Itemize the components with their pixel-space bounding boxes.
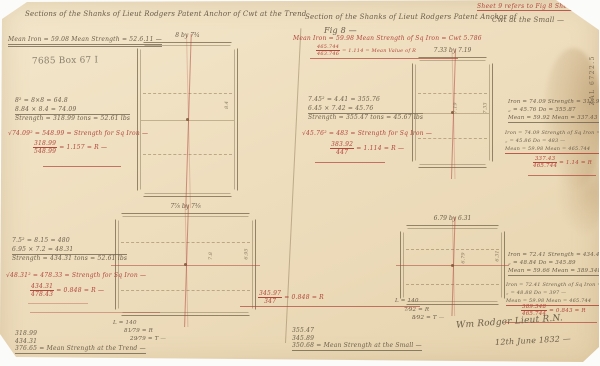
calc-ratio-centre: 345.97347= 0.848 = R: [258, 290, 324, 305]
result-line: Mean = 59.92 Mean = 337.43: [508, 114, 600, 123]
ratio-tail: = 0.848 = R: [284, 294, 324, 301]
result-column-top-black: Iron = 74.09 Strength = 318.99 „ = 45.76…: [508, 98, 600, 123]
total-line: 350.68 = Mean Strength at the Small —: [292, 342, 422, 351]
calc-block-trend-1: 8² = 8×8 = 64.8 8.84 × 8.4 = 74.09 Stren…: [15, 97, 130, 124]
centre-point: [451, 264, 454, 267]
result-ratio-top: 337.43465.744= 1.14 = R: [533, 156, 592, 169]
calc-line: 6.95 × 7.2 = 48.31: [12, 246, 127, 256]
fraction: 434.31478.43: [30, 283, 54, 298]
calc-block-small-1: 7.45² = 4.41 = 355.76 6.45 × 7.42 = 45.7…: [308, 96, 423, 123]
centre-point: [186, 118, 189, 121]
calc-ratio-trend-2: 434.31478.43= 0.848 = R —: [30, 283, 104, 298]
title-small-line1: Section of the Shanks of Lieut Rodgers P…: [305, 13, 517, 21]
result-line: Mean = 59.66 Mean = 389.348: [508, 267, 600, 276]
dimension-label: 8.4: [224, 101, 230, 109]
fraction: 318.99548.99: [33, 140, 57, 155]
calc-red-line-trend-2: √48.31² = 478.33 = Strength for Sq Iron …: [6, 272, 146, 279]
mean-r-ratio: 465.744463.746= 1.114 = Mean Value of R: [316, 44, 416, 57]
length-note: L = 140: [113, 320, 137, 326]
centre-point: [184, 263, 187, 266]
dimension-label: 6.79: [461, 252, 467, 263]
dimension-label: 6.95: [244, 248, 250, 259]
paper-sheet: Sections of the Shanks of Lieut Rodgers …: [0, 0, 600, 366]
total-line: 355.47: [292, 327, 422, 335]
calc-line: 8.84 × 8.4 = 74.09: [15, 106, 130, 116]
result-column-top-red: Iron = 74.09 Strength of Sq Iron = 548.9…: [505, 129, 600, 154]
calc-line: Strength = 318.99 tons = 52.61 lbs: [15, 115, 130, 124]
red-rule: [528, 175, 596, 176]
result-line: „ = 48.88 Do = 397 —: [506, 289, 600, 297]
scanned-manuscript-page: Sections of the Shanks of Lieut Rodgers …: [0, 0, 600, 366]
ratio-tail: = 0.848 = R —: [56, 287, 104, 294]
fraction: 337.43465.744: [533, 156, 557, 169]
length-note: 7⁄92 = R: [404, 307, 429, 313]
result-column-bottom-red: Iron = 72.41 Strength of Sq Iron = 478.8…: [506, 281, 600, 306]
dimension-label: 7.8: [208, 252, 214, 260]
result-line: Iron = 74.09 Strength of Sq Iron = 548.9…: [505, 129, 600, 137]
fraction: 345.97347: [258, 290, 282, 305]
result-line: Iron = 74.09 Strength = 318.99: [508, 98, 600, 106]
ratio-tail: = 1.14 = R: [559, 160, 592, 166]
dimension-label: 6.31: [495, 250, 501, 261]
fraction: 465.744463.746: [316, 44, 340, 57]
sheet-reference-note: Sheet 9 refers to Fig 8 Sheet 12 —: [477, 3, 593, 11]
calc-line: 7.5² = 8.15 = 480: [12, 237, 127, 246]
calc-line: Strength = 355.47 tons = 45.67 lbs: [308, 114, 423, 123]
result-line: Iron = 72.41 Strength = 434.41: [508, 251, 600, 259]
calc-line: 7.45² = 4.41 = 355.76: [308, 96, 423, 105]
result-line: Iron = 72.41 Strength of Sq Iron = 478.8…: [506, 281, 600, 289]
section-dimensions-label: 8 by 7¾: [137, 32, 238, 39]
result-column-bottom-black: Iron = 72.41 Strength = 434.41 „ = 48.84…: [508, 251, 600, 276]
length-note: 8⁄92 = T —: [412, 315, 444, 321]
ratio-tail: = 1.114 = Mean Value of R: [342, 48, 416, 54]
mean-line-small: Mean Iron = 59.98 Mean Strength of Sq Ir…: [293, 35, 482, 42]
title-trend: Sections of the Shanks of Lieut Rodgers …: [25, 10, 307, 18]
length-note: 81⁄79 = R: [124, 328, 153, 334]
length-note: 29⁄79 = T —: [130, 336, 166, 342]
pencil-reference: 7685 Box 67 I: [32, 55, 98, 66]
total-line: 376.65 = Mean Strength at the Trend —: [15, 345, 146, 354]
section-figure-trend-1: 8 by 7¾ 8.4: [137, 42, 238, 197]
red-rule: [43, 166, 121, 167]
red-rule: [30, 312, 160, 313]
red-rule: [240, 306, 420, 307]
result-line: „ = 45.86 Do = 483 —: [505, 137, 600, 145]
dimension-label: 7.19: [453, 102, 459, 113]
calc-line: 6.45 × 7.42 = 45.76: [308, 105, 423, 115]
result-line: Mean = 59.98 Mean = 465.744: [505, 145, 600, 154]
signature-date: 12th June 1832 —: [495, 334, 571, 347]
signature-name: Wm Rodger Lieut R.N.: [456, 313, 564, 330]
section-figure-trend-2: 7⅞ by 7⅜ 7.8 6.95: [115, 213, 256, 316]
fraction: 383.92447: [330, 141, 354, 156]
ratio-tail: = 1.114 = R —: [356, 145, 404, 152]
calc-line: Strength = 434.31 tons = 52.61 lbs: [12, 255, 127, 264]
red-rule: [315, 162, 385, 163]
result-line: „ = 45.76 Do = 355.87: [508, 106, 600, 114]
calc-ratio-trend-1: 318.99548.99= 1.157 = R —: [33, 140, 107, 155]
red-rule: [28, 303, 88, 304]
ratio-tail: = 1.157 = R —: [59, 144, 107, 151]
title-small-line2: Cwt at the Small —: [492, 16, 564, 24]
dimension-label: 7.33: [483, 102, 489, 113]
totals-small: 355.47 345.89 350.68 = Mean Strength at …: [292, 327, 422, 351]
figure-number-label: Fig 8 —: [324, 26, 357, 35]
calc-red-line-trend-1: √74.09² = 548.99 = Strength for Sq Iron …: [8, 130, 148, 137]
total-line: 434.31: [15, 338, 146, 346]
section-figure-small-2: 6.79 by 6.31 6.79 6.31: [400, 225, 505, 305]
section-figure-small-1: 7.33 by 7.19 7.19 7.33: [412, 57, 493, 168]
calc-line: 8² = 8×8 = 64.8: [15, 97, 130, 106]
total-line: 345.89: [292, 335, 422, 343]
calc-block-trend-2: 7.5² = 8.15 = 480 6.95 × 7.2 = 48.31 Str…: [12, 237, 127, 264]
result-line: „ = 48.84 Do = 345.89: [508, 259, 600, 267]
calc-ratio-small-1: 383.92447= 1.114 = R —: [330, 141, 404, 156]
